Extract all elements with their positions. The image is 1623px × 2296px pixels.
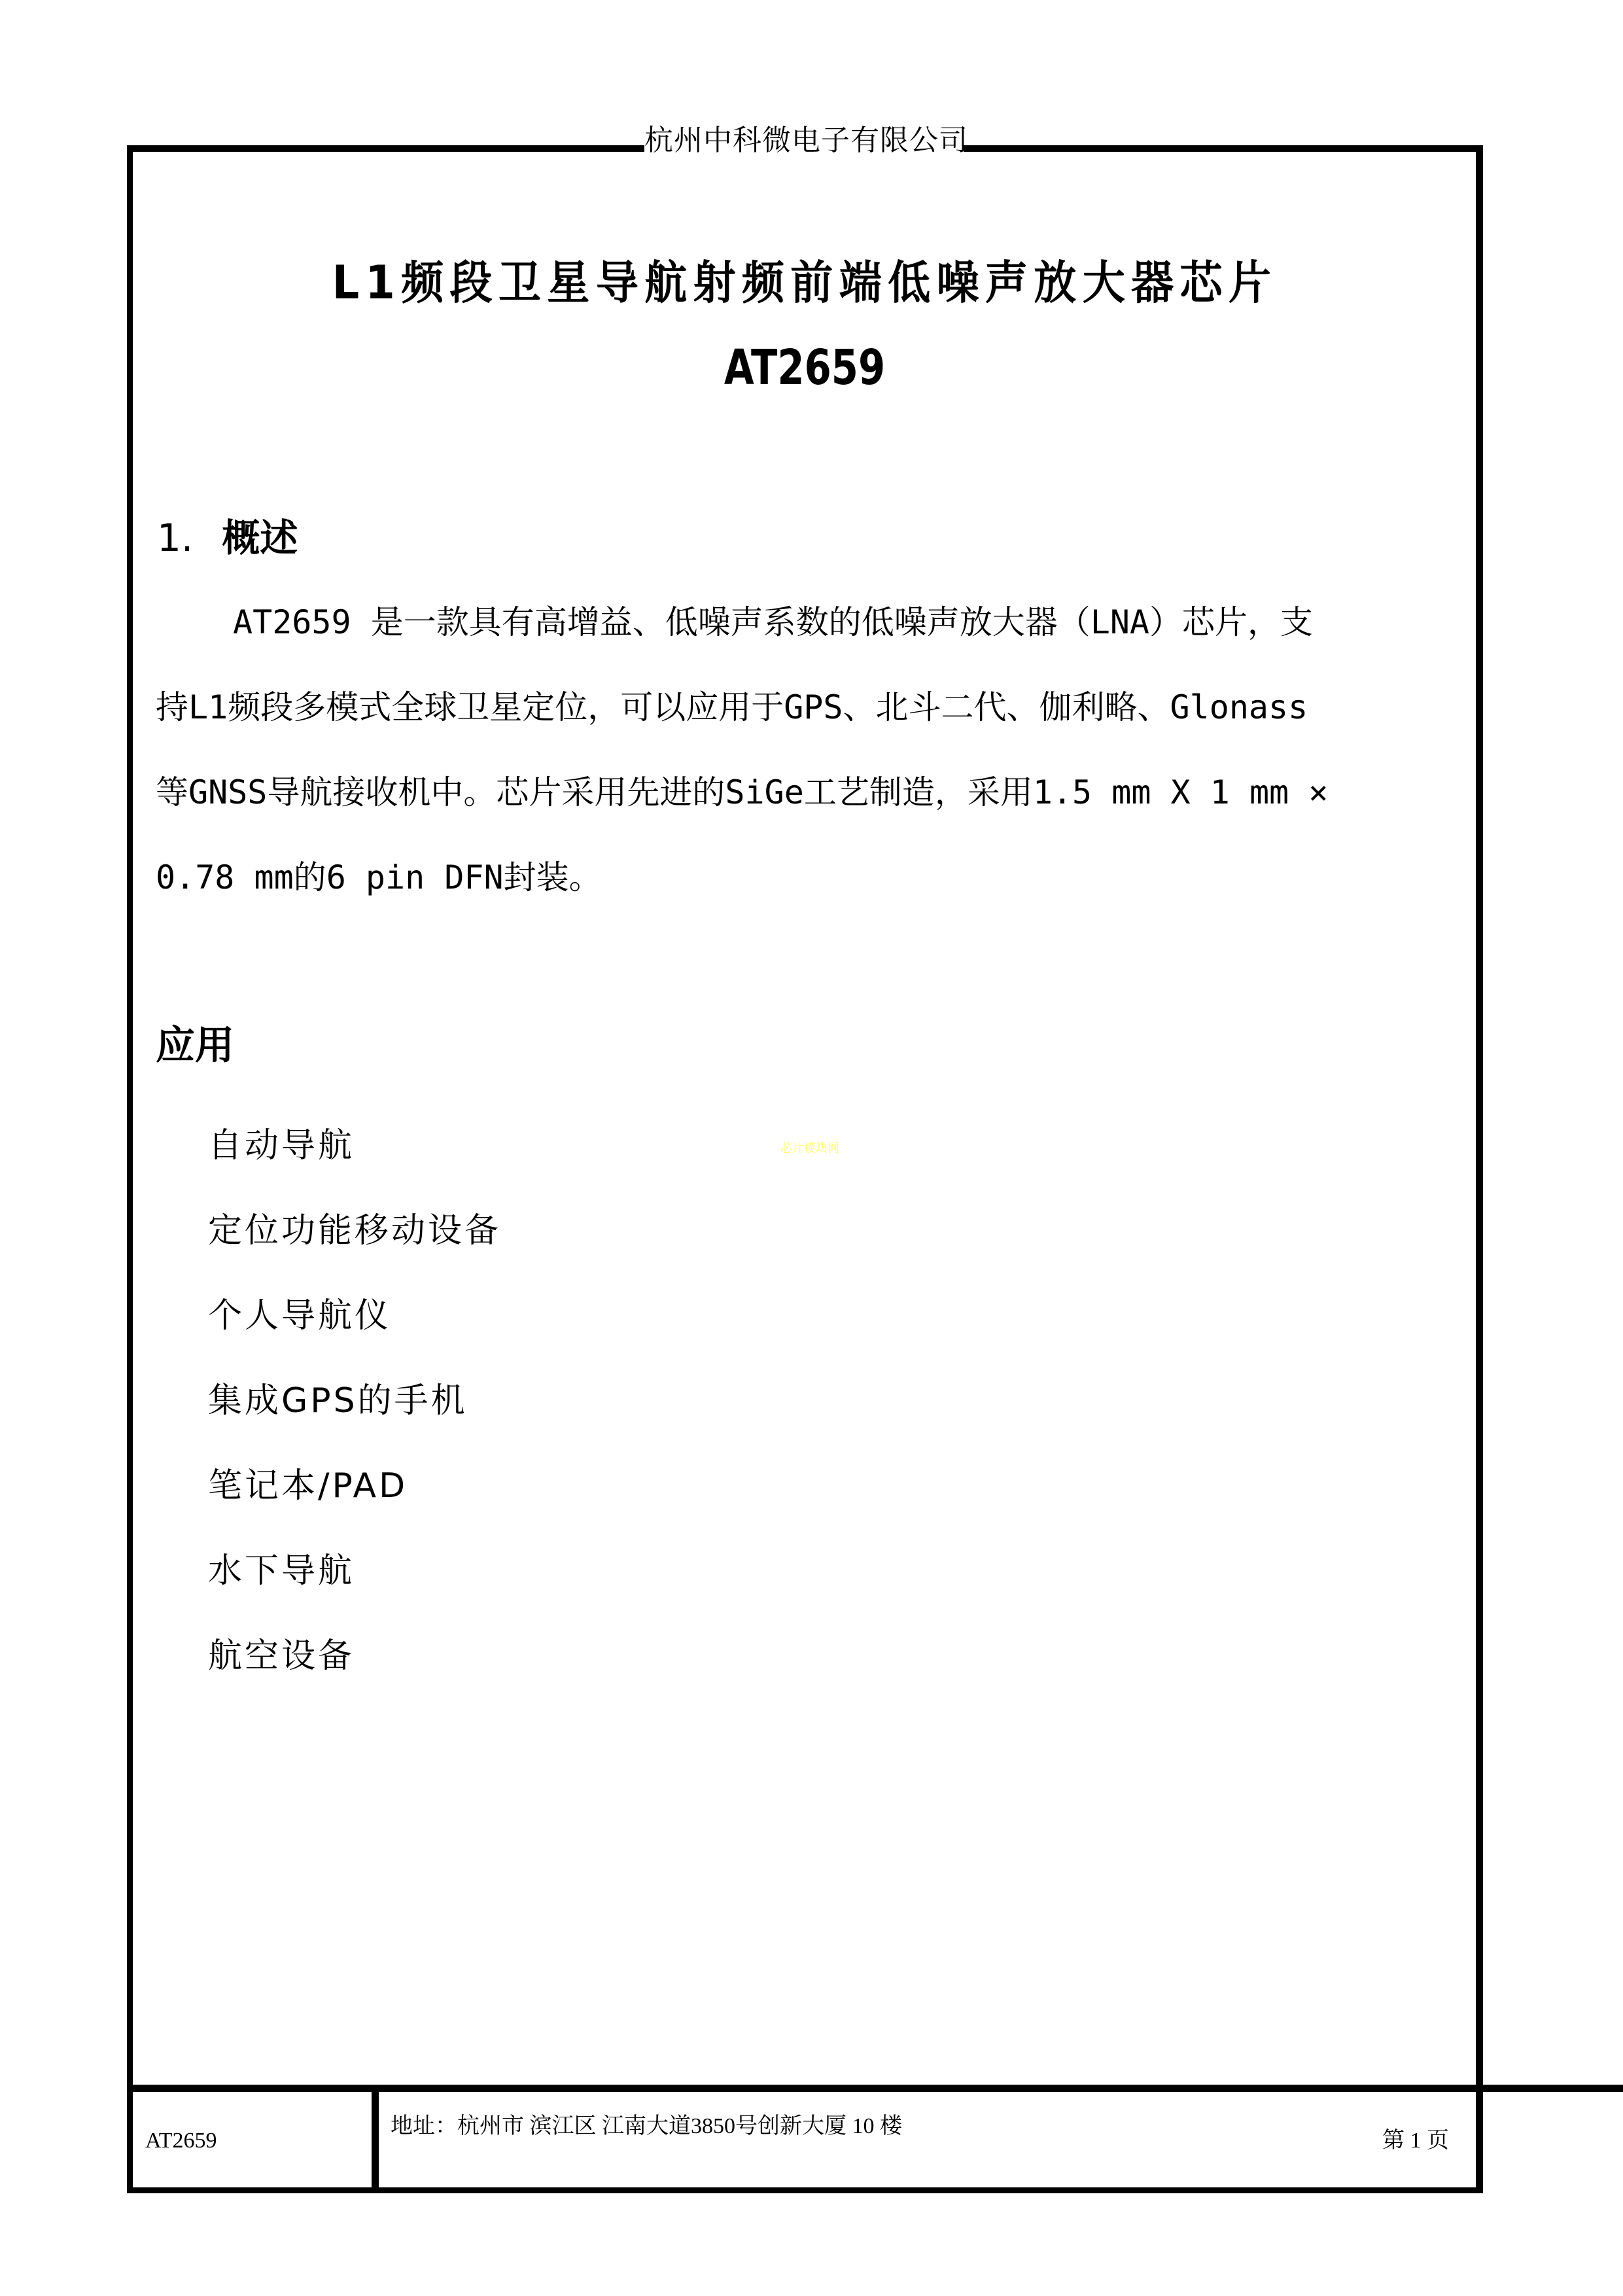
watermark: 芯片模块网 xyxy=(780,1142,839,1156)
paragraph-line: AT2659 是一款具有高增益、低噪声系数的低噪声放大器（LNA）芯片，支 xyxy=(156,580,1457,665)
footer-bottom-line xyxy=(127,2187,1483,2193)
model-number-title: AT2659 xyxy=(267,342,1342,394)
paragraph-line: 持L1频段多模式全球卫星定位，可以应用于GPS、北斗二代、伽利略、Glonass xyxy=(156,665,1457,750)
frame-left xyxy=(127,145,133,2193)
list-item: 个人导航仪 xyxy=(208,1273,501,1358)
frame-top-right xyxy=(964,145,1483,152)
section-number: 1. xyxy=(157,516,193,560)
overview-paragraph: AT2659 是一款具有高增益、低噪声系数的低噪声放大器（LNA）芯片，支 持L… xyxy=(156,580,1457,920)
footer-divider xyxy=(372,2085,379,2193)
paragraph-line: 0.78 mm的6 pin DFN封装。 xyxy=(156,835,1457,920)
paragraph-line: 等GNSS导航接收机中。芯片采用先进的SiGe工艺制造，采用1.5 mm X 1… xyxy=(156,750,1457,835)
document-title: L1频段卫星导航射频前端低噪声放大器芯片 xyxy=(180,256,1429,309)
footer-address: 地址：杭州市 滨江区 江南大道3850号创新大厦 10 楼 xyxy=(391,2112,902,2141)
company-header: 杭州中科微电子有限公司 xyxy=(644,124,964,157)
list-item: 水下导航 xyxy=(208,1528,501,1614)
list-item: 集成GPS的手机 xyxy=(208,1358,501,1443)
page-number: 第 1 页 xyxy=(1382,2127,1449,2155)
list-item: 航空设备 xyxy=(208,1614,501,1699)
section-title: 概述 xyxy=(222,516,298,560)
list-item: 自动导航 xyxy=(208,1103,501,1188)
list-item: 笔记本/PAD xyxy=(208,1443,501,1528)
frame-right xyxy=(1476,145,1483,2193)
section-overview-heading: 1.概述 xyxy=(157,515,298,561)
list-item: 定位功能移动设备 xyxy=(208,1188,501,1273)
applications-heading: 应用 xyxy=(156,1023,234,1069)
frame-top-left xyxy=(127,145,644,152)
footer-top-line xyxy=(127,2085,1623,2092)
applications-list: 自动导航 定位功能移动设备 个人导航仪 集成GPS的手机 笔记本/PAD 水下导… xyxy=(208,1103,501,1699)
footer-model: AT2659 xyxy=(145,2127,217,2155)
